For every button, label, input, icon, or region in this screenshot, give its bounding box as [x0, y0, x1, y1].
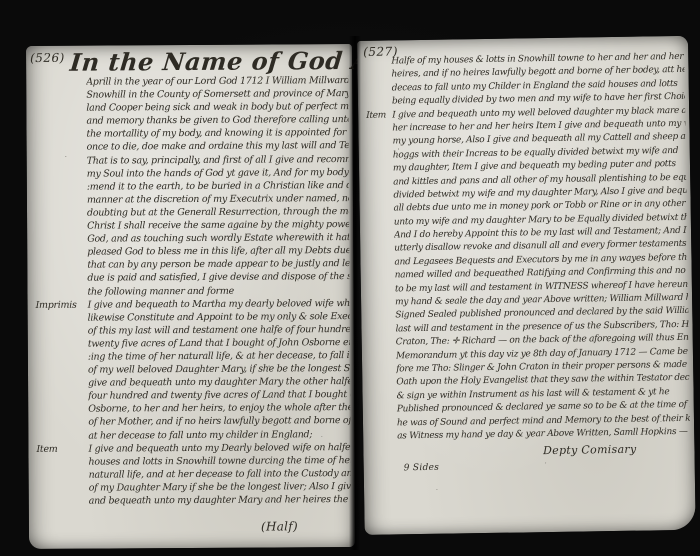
margin-note: Item — [28, 443, 88, 454]
margin-note — [363, 412, 397, 413]
line-text: Halfe of my houses & lotts in Snowhill t… — [391, 52, 684, 67]
margin-note — [361, 318, 395, 319]
line-text: Aprill in the year of our Lord God 1712 … — [86, 75, 348, 88]
manuscript-page-right: (527) Halfe of my houses & lotts in Snow… — [357, 36, 696, 535]
margin-note — [358, 104, 392, 105]
margin-note — [358, 77, 392, 78]
catchword: (Half) — [261, 519, 298, 533]
line-text: pleased God to bless me in this life, af… — [87, 245, 349, 258]
margin-note — [360, 238, 394, 239]
line-text: likewise Constitute and Appoint to be my… — [88, 311, 350, 324]
margin-note — [362, 371, 396, 372]
line-text: doubting but at the Generall Resurrectio… — [87, 206, 349, 219]
margin-note: Imprimis — [28, 299, 88, 310]
margin-note — [359, 157, 393, 158]
manuscript-line: and bequeath unto my daughter Mary and h… — [29, 494, 351, 509]
line-text: I give and bequeath unto my Dearly belov… — [88, 442, 350, 455]
margin-note — [359, 144, 393, 145]
margin-note — [362, 345, 396, 346]
margin-note — [360, 251, 394, 252]
line-text: manner at the discretion of my Executrix… — [87, 193, 349, 206]
line-text: four hundred and twenty five acres of La… — [88, 389, 350, 402]
line-text: and bequeath unto my daughter Mary and h… — [89, 494, 351, 507]
page-number-left: (526) — [30, 51, 65, 65]
line-text: that can by any person be made appear to… — [87, 258, 349, 271]
margin-note — [361, 304, 395, 305]
margin-note — [363, 398, 397, 399]
margin-note — [358, 130, 392, 131]
margin-note — [359, 184, 393, 185]
margin-note — [360, 224, 394, 225]
margin-note: Item — [358, 110, 392, 121]
line-text: of my well beloved Daughter Mary, if she… — [88, 363, 350, 376]
line-text: of her Mother, and if no heirs lawfully … — [88, 415, 350, 428]
sides-note: 9 Sides — [404, 463, 440, 474]
line-text: at her decease to fall unto my childer i… — [88, 429, 350, 442]
signature-title: Depty Comisary — [543, 443, 637, 457]
line-text: Osborne, to her and her heirs, to enjoy … — [88, 402, 350, 415]
margin-note — [361, 264, 395, 265]
line-text: Snowhill in the County of Somersett and … — [86, 88, 348, 101]
line-text: twenty five acres of Land that I bought … — [88, 337, 350, 350]
margin-note — [363, 438, 397, 439]
line-text: once to die, doe make and ordaine this m… — [87, 140, 349, 153]
right-page-lines: Halfe of my houses & lotts in Snowhill t… — [357, 52, 690, 445]
margin-note — [357, 63, 391, 64]
left-page-lines: Aprill in the year of our Lord God 1712 … — [26, 75, 351, 509]
margin-note — [361, 278, 395, 279]
microfilm-frame: (526) In the Name of God Amen the 5th Da… — [0, 0, 700, 556]
margin-note — [360, 211, 394, 212]
line-text: :ing the time of her naturall life, & at… — [88, 350, 350, 363]
line-text: That is to say, principally, and first o… — [87, 154, 349, 167]
manuscript-page-left: (526) In the Name of God Amen the 5th Da… — [26, 44, 355, 549]
margin-note — [359, 171, 393, 172]
line-text: Christ I shall receive the same againe b… — [87, 219, 349, 232]
line-text: houses and lotts in Snowhill towne durci… — [89, 455, 351, 468]
line-text: and memory thanks be given to God theref… — [86, 114, 348, 127]
line-text: of my Daughter Mary if she be the longes… — [89, 481, 351, 494]
margin-note — [362, 331, 396, 332]
line-text: the mortallity of my body, and knowing i… — [87, 127, 349, 140]
margin-note — [363, 425, 397, 426]
line-text: naturall life, and at her decease to fal… — [89, 468, 351, 481]
line-text: God, and as touching such wordly Estate … — [87, 232, 349, 245]
line-text: :mend it to the earth, to be buried in a… — [87, 180, 349, 193]
line-text: the following manner and forme — [87, 285, 349, 298]
margin-note — [362, 358, 396, 359]
line-text: my Soul into the hands of God yt gave it… — [87, 167, 349, 180]
margin-note — [361, 291, 395, 292]
line-text: land Cooper being sick and weak in body … — [86, 101, 348, 114]
margin-note — [358, 90, 392, 91]
line-text: of this my last will and testament one h… — [88, 324, 350, 337]
line-text: give and bequeath unto my daughter Mary … — [88, 376, 350, 389]
line-text: I give and bequeath to Martha my dearly … — [88, 298, 350, 311]
margin-note — [359, 197, 393, 198]
line-text: due is paid and satisfied, I give devise… — [87, 271, 349, 284]
margin-note — [362, 385, 396, 386]
